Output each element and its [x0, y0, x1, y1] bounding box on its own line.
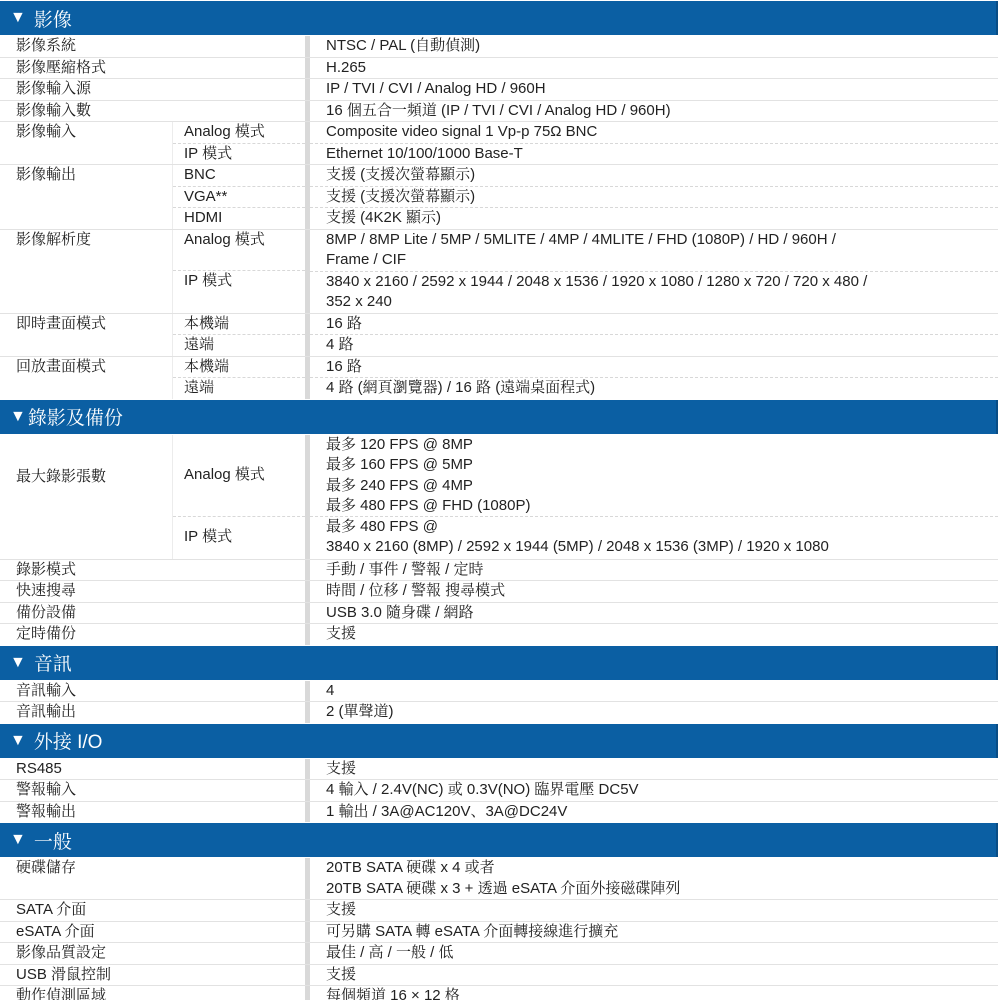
section-header-audio[interactable]: ▼ 音訊: [0, 646, 998, 680]
sub-label: 遠端: [173, 378, 305, 399]
spec-row-audio-input: 音訊輸入 4: [0, 681, 998, 703]
spec-value: 20TB SATA 硬碟 x 4 或者 20TB SATA 硬碟 x 3 + 透…: [310, 858, 998, 899]
spec-label: 影像品質設定: [0, 943, 305, 964]
spec-row-motion: 動作偵測區域 每個頻道 16 × 12 格: [0, 986, 998, 1000]
spec-label: 影像輸入數: [0, 101, 305, 122]
value-line: 3840 x 2160 (8MP) / 2592 x 1944 (5MP) / …: [326, 537, 998, 558]
sub-labels: Analog 模式 IP 模式: [172, 122, 305, 164]
spec-label: 影像解析度: [0, 230, 172, 313]
sub-labels: 本機端 遠端: [172, 357, 305, 399]
section-title: 外接 I/O: [34, 727, 103, 754]
section-header-recording[interactable]: ▼ 錄影及備份: [0, 400, 998, 434]
collapse-triangle-icon: ▼: [10, 654, 26, 672]
spec-row-playback: 回放畫面模式 本機端 遠端 16 路 4 路 (網頁瀏覽器) / 16 路 (遠…: [0, 357, 998, 399]
spec-value: 4: [310, 681, 998, 702]
collapse-triangle-icon: ▼: [10, 9, 26, 27]
spec-row-audio-output: 音訊輸出 2 (單聲道): [0, 702, 998, 723]
spec-row-alarm-input: 警報輸入 4 輸入 / 2.4V(NC) 或 0.3V(NO) 臨界電壓 DC5…: [0, 780, 998, 802]
spec-row-input-count: 影像輸入數 16 個五合一頻道 (IP / TVI / CVI / Analog…: [0, 101, 998, 123]
spec-row-max-fps: 最大錄影張數 Analog 模式 IP 模式 最多 120 FPS @ 8MP …: [0, 435, 998, 560]
sub-label: Analog 模式: [173, 230, 305, 271]
spec-value: 最多 480 FPS @ 3840 x 2160 (8MP) / 2592 x …: [310, 517, 998, 559]
spec-value: 最佳 / 高 / 一般 / 低: [310, 943, 998, 964]
spec-value: 8MP / 8MP Lite / 5MP / 5MLITE / 4MP / 4M…: [310, 230, 998, 272]
sub-label: Analog 模式: [173, 122, 305, 144]
sub-values: 16 路 4 路: [310, 314, 998, 356]
collapse-triangle-icon: ▼: [10, 732, 26, 750]
section-header-general[interactable]: ▼ 一般: [0, 823, 998, 857]
spec-row-scheduled-backup: 定時備份 支援: [0, 624, 998, 645]
collapse-triangle-icon: ▼: [10, 831, 26, 849]
spec-label: 警報輸出: [0, 802, 305, 823]
spec-value: 時間 / 位移 / 警報 搜尋模式: [310, 581, 998, 602]
spec-row-video-input: 影像輸入 Analog 模式 IP 模式 Composite video sig…: [0, 122, 998, 165]
spec-value: NTSC / PAL (自動偵測): [310, 36, 998, 57]
spec-row-resolution: 影像解析度 Analog 模式 IP 模式 8MP / 8MP Lite / 5…: [0, 230, 998, 314]
spec-label: 影像輸出: [0, 165, 172, 229]
value-line: 352 x 240: [326, 292, 998, 313]
value-line: 3840 x 2160 / 2592 x 1944 / 2048 x 1536 …: [326, 272, 998, 293]
spec-label: 即時畫面模式: [0, 314, 172, 356]
spec-label: 定時備份: [0, 624, 305, 645]
spec-sheet: ▼ 影像 影像系統 NTSC / PAL (自動偵測) 影像壓縮格式 H.265…: [0, 0, 998, 1000]
spec-label: eSATA 介面: [0, 922, 305, 943]
section-title: 音訊: [34, 649, 72, 676]
section-header-io[interactable]: ▼ 外接 I/O: [0, 724, 998, 758]
spec-label: RS485: [0, 759, 305, 780]
spec-value: 支援: [310, 624, 998, 645]
spec-label: 影像輸入: [0, 122, 172, 164]
value-line: 最多 240 FPS @ 4MP: [326, 476, 998, 497]
spec-value: 3840 x 2160 / 2592 x 1944 / 2048 x 1536 …: [310, 272, 998, 313]
spec-row-search: 快速搜尋 時間 / 位移 / 警報 搜尋模式: [0, 581, 998, 603]
spec-label: 動作偵測區域: [0, 986, 305, 1000]
spec-label: SATA 介面: [0, 900, 305, 921]
sub-label: BNC: [173, 165, 305, 187]
spec-label: 錄影模式: [0, 560, 305, 581]
spec-label: 影像輸入源: [0, 79, 305, 100]
sub-label: 本機端: [173, 357, 305, 379]
spec-value: 每個頻道 16 × 12 格: [310, 986, 998, 1000]
sub-label: VGA**: [173, 187, 305, 209]
spec-value: 支援: [310, 759, 998, 780]
spec-value: 支援: [310, 900, 998, 921]
spec-label: 硬碟儲存: [0, 858, 305, 899]
sub-label: 遠端: [173, 335, 305, 356]
spec-value: 最多 120 FPS @ 8MP 最多 160 FPS @ 5MP 最多 240…: [310, 435, 998, 517]
spec-value: 4 路: [310, 335, 998, 356]
spec-value: 2 (單聲道): [310, 702, 998, 723]
spec-label: 影像壓縮格式: [0, 58, 305, 79]
spec-row-video-system: 影像系統 NTSC / PAL (自動偵測): [0, 36, 998, 58]
spec-row-usb-mouse: USB 滑鼠控制 支援: [0, 965, 998, 987]
spec-value: 支援 (4K2K 顯示): [310, 208, 998, 229]
spec-label: 最大錄影張數: [0, 435, 172, 559]
sub-label: Analog 模式: [173, 435, 305, 517]
value-line: 20TB SATA 硬碟 x 4 或者: [326, 858, 998, 879]
section-title: 影像: [34, 5, 72, 32]
spec-value: Composite video signal 1 Vp-p 75Ω BNC: [310, 122, 998, 144]
spec-value: 16 路: [310, 357, 998, 379]
spec-label: 回放畫面模式: [0, 357, 172, 399]
collapse-triangle-icon: ▼: [10, 408, 26, 426]
spec-value: 4 路 (網頁瀏覽器) / 16 路 (遠端桌面程式): [310, 378, 998, 399]
section-header-video[interactable]: ▼ 影像: [0, 1, 998, 35]
sub-labels: Analog 模式 IP 模式: [172, 435, 305, 559]
spec-label: 快速搜尋: [0, 581, 305, 602]
spec-value: 可另購 SATA 轉 eSATA 介面轉接線進行擴充: [310, 922, 998, 943]
spec-value: 16 個五合一頻道 (IP / TVI / CVI / Analog HD / …: [310, 101, 998, 122]
spec-value: 16 路: [310, 314, 998, 336]
spec-label: 影像系統: [0, 36, 305, 57]
spec-label: 音訊輸出: [0, 702, 305, 723]
spec-value: 支援: [310, 965, 998, 986]
sub-values: 最多 120 FPS @ 8MP 最多 160 FPS @ 5MP 最多 240…: [310, 435, 998, 559]
section-title: 一般: [34, 827, 72, 854]
spec-row-rs485: RS485 支援: [0, 759, 998, 781]
spec-row-quality: 影像品質設定 最佳 / 高 / 一般 / 低: [0, 943, 998, 965]
sub-label: 本機端: [173, 314, 305, 336]
spec-value: 1 輸出 / 3A@AC120V、3A@DC24V: [310, 802, 998, 823]
spec-row-esata: eSATA 介面 可另購 SATA 轉 eSATA 介面轉接線進行擴充: [0, 922, 998, 944]
spec-label: 音訊輸入: [0, 681, 305, 702]
spec-value: 手動 / 事件 / 警報 / 定時: [310, 560, 998, 581]
sub-labels: BNC VGA** HDMI: [172, 165, 305, 229]
spec-row-live-view: 即時畫面模式 本機端 遠端 16 路 4 路: [0, 314, 998, 357]
spec-value: H.265: [310, 58, 998, 79]
sub-values: 8MP / 8MP Lite / 5MP / 5MLITE / 4MP / 4M…: [310, 230, 998, 313]
sub-label: IP 模式: [173, 144, 305, 165]
sub-label: IP 模式: [173, 271, 305, 312]
spec-label: 備份設備: [0, 603, 305, 624]
sub-values: Composite video signal 1 Vp-p 75Ω BNC Et…: [310, 122, 998, 164]
sub-values: 16 路 4 路 (網頁瀏覽器) / 16 路 (遠端桌面程式): [310, 357, 998, 399]
value-line: 最多 480 FPS @ FHD (1080P): [326, 496, 998, 517]
value-line: 最多 160 FPS @ 5MP: [326, 455, 998, 476]
value-line: 最多 120 FPS @ 8MP: [326, 435, 998, 456]
value-line: 20TB SATA 硬碟 x 3 + 透過 eSATA 介面外接磁碟陣列: [326, 879, 998, 900]
sub-labels: 本機端 遠端: [172, 314, 305, 356]
spec-value: USB 3.0 隨身碟 / 網路: [310, 603, 998, 624]
value-line: 最多 480 FPS @: [326, 517, 998, 538]
sub-labels: Analog 模式 IP 模式: [172, 230, 305, 313]
spec-row-backup-device: 備份設備 USB 3.0 隨身碟 / 網路: [0, 603, 998, 625]
spec-value: Ethernet 10/100/1000 Base-T: [310, 144, 998, 165]
spec-row-record-mode: 錄影模式 手動 / 事件 / 警報 / 定時: [0, 560, 998, 582]
spec-value: 4 輸入 / 2.4V(NC) 或 0.3V(NO) 臨界電壓 DC5V: [310, 780, 998, 801]
spec-row-video-output: 影像輸出 BNC VGA** HDMI 支援 (支援次螢幕顯示) 支援 (支援次…: [0, 165, 998, 230]
spec-value: IP / TVI / CVI / Analog HD / 960H: [310, 79, 998, 100]
spec-row-compression: 影像壓縮格式 H.265: [0, 58, 998, 80]
value-line: 8MP / 8MP Lite / 5MP / 5MLITE / 4MP / 4M…: [326, 230, 998, 251]
spec-label: 警報輸入: [0, 780, 305, 801]
spec-value: 支援 (支援次螢幕顯示): [310, 165, 998, 187]
sub-values: 支援 (支援次螢幕顯示) 支援 (支援次螢幕顯示) 支援 (4K2K 顯示): [310, 165, 998, 229]
spec-row-alarm-output: 警報輸出 1 輸出 / 3A@AC120V、3A@DC24V: [0, 802, 998, 823]
section-title: 錄影及備份: [28, 403, 123, 430]
spec-value: 支援 (支援次螢幕顯示): [310, 187, 998, 209]
spec-row-hdd: 硬碟儲存 20TB SATA 硬碟 x 4 或者 20TB SATA 硬碟 x …: [0, 858, 998, 900]
spec-label: USB 滑鼠控制: [0, 965, 305, 986]
value-line: Frame / CIF: [326, 250, 998, 271]
sub-label: IP 模式: [173, 517, 305, 558]
spec-row-sata: SATA 介面 支援: [0, 900, 998, 922]
spec-row-input-source: 影像輸入源 IP / TVI / CVI / Analog HD / 960H: [0, 79, 998, 101]
sub-label: HDMI: [173, 208, 305, 229]
